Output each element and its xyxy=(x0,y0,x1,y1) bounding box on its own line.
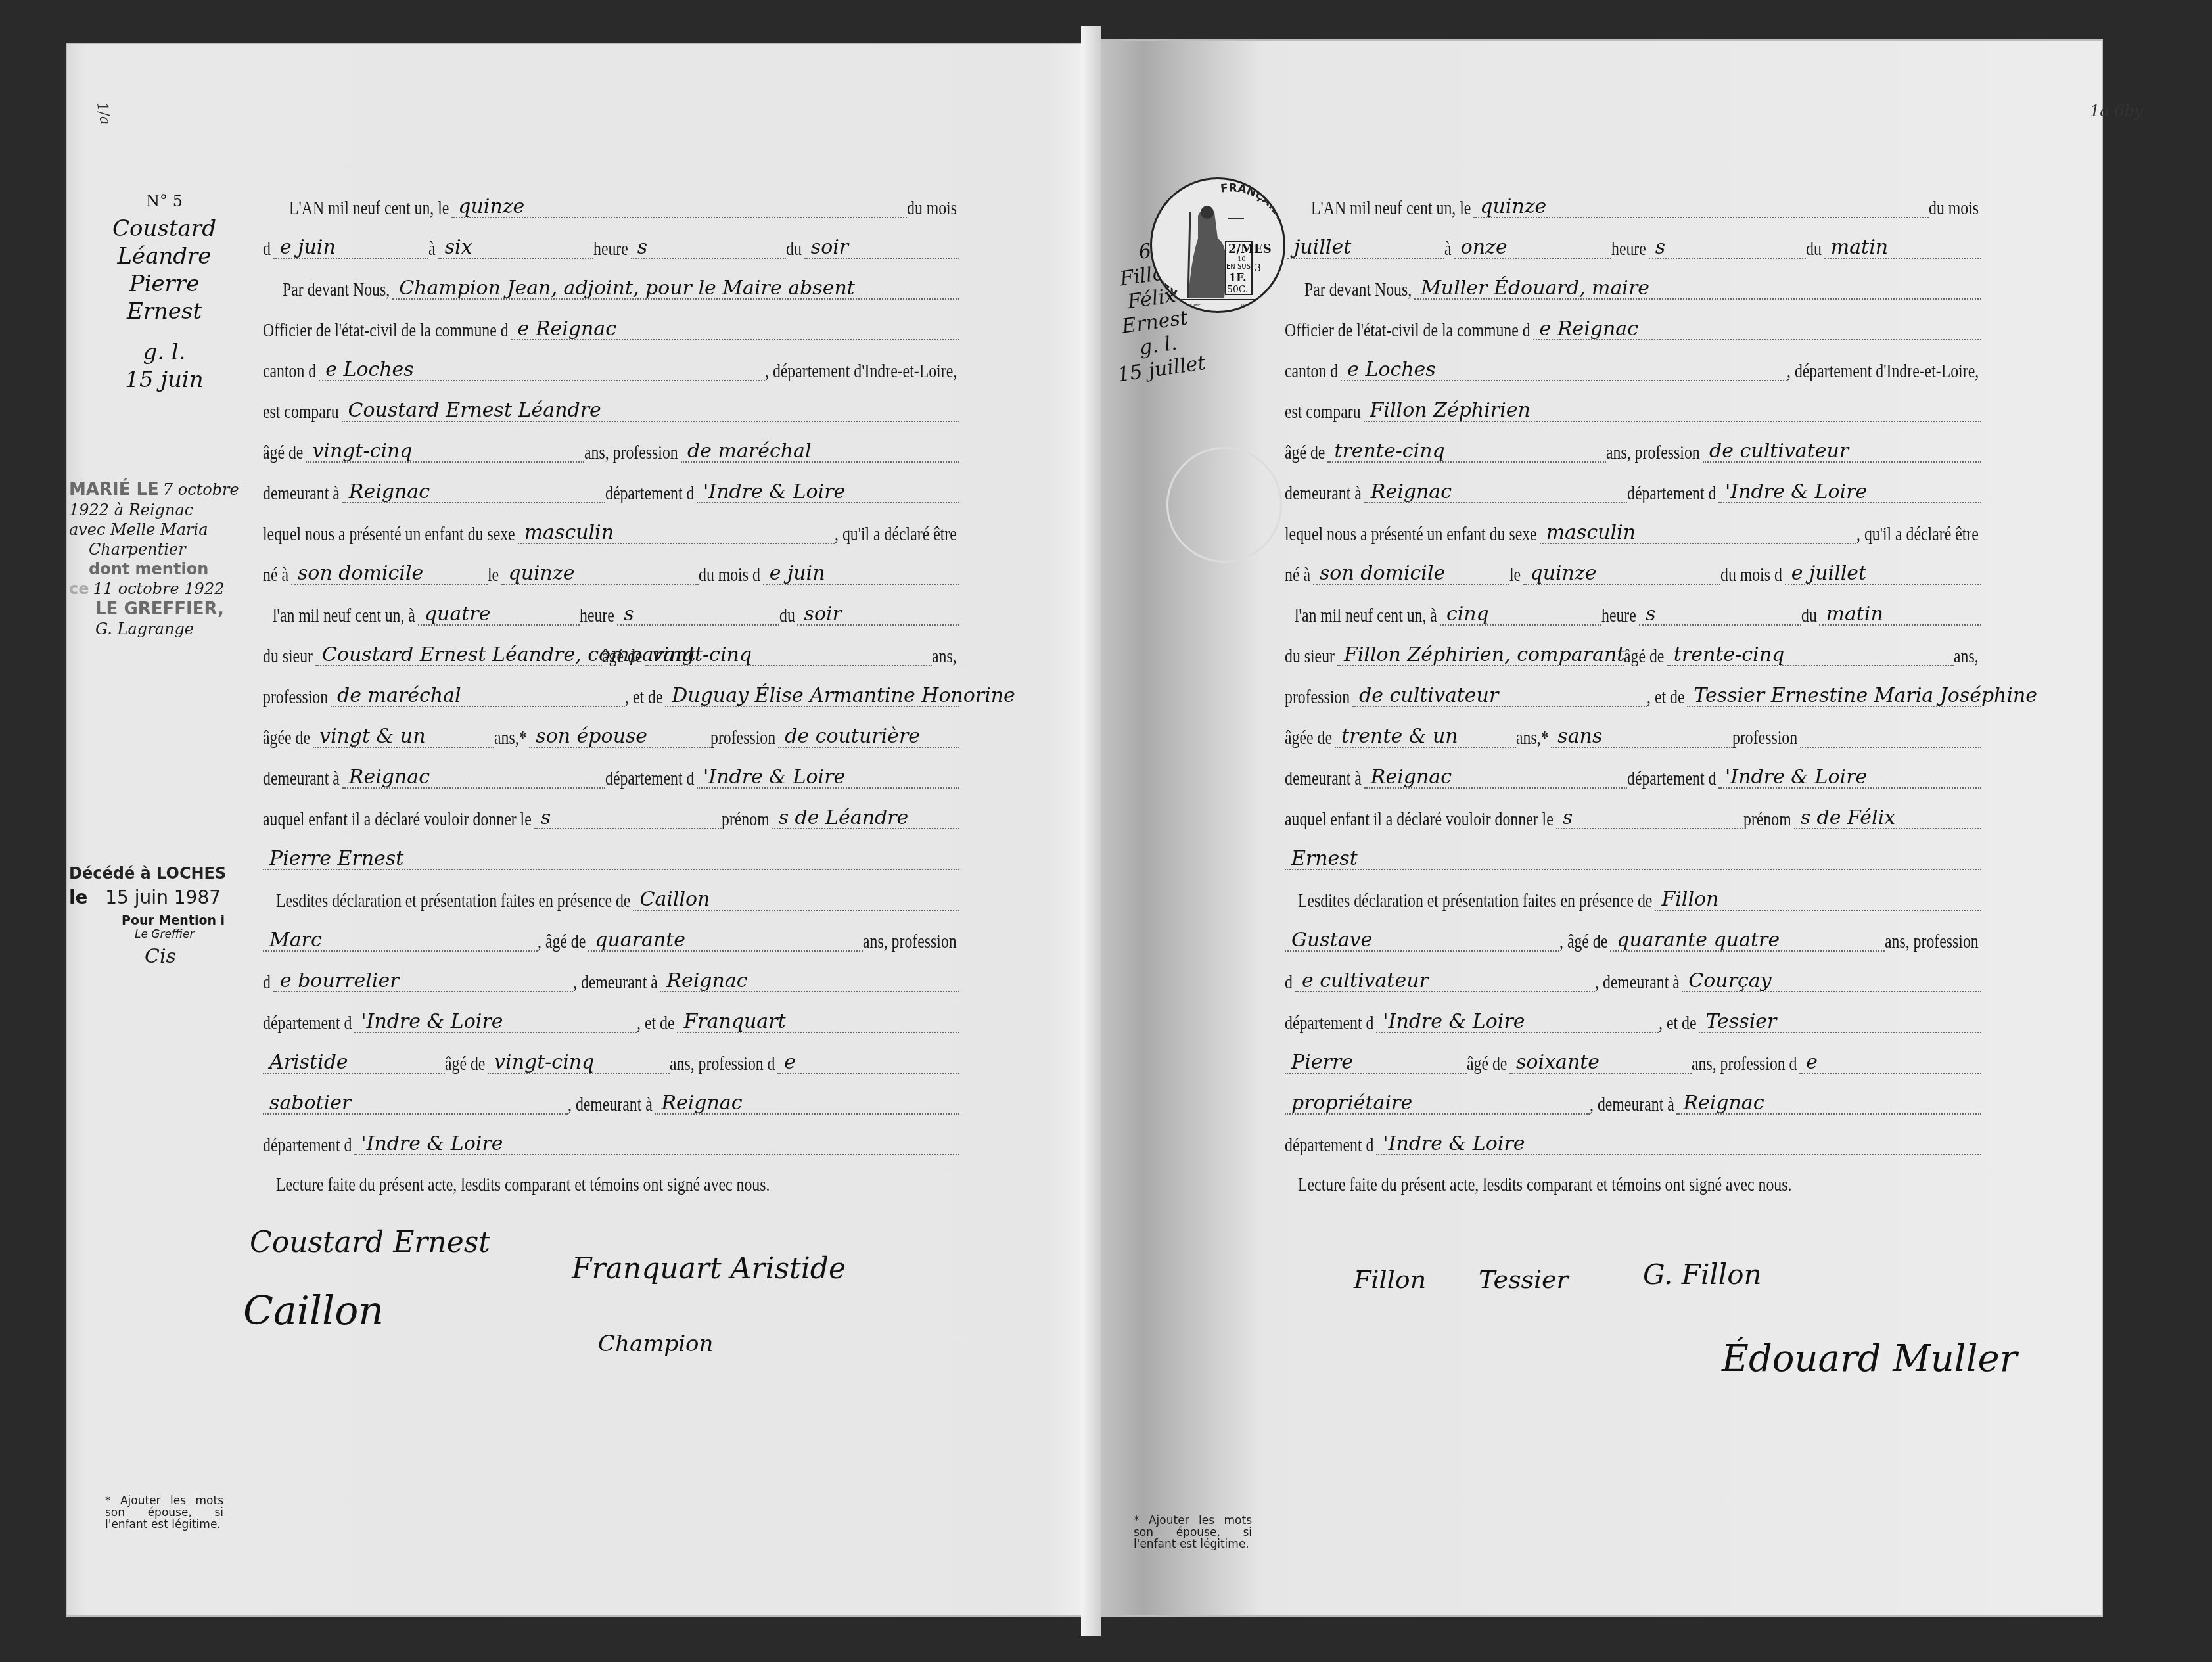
act-line: département d'Indre & Loire xyxy=(263,1134,959,1155)
printed-label: du mois xyxy=(907,198,948,218)
printed-label: demeurant à xyxy=(263,484,326,503)
margin-given-names-2: Ernest xyxy=(79,298,250,325)
printed-label: le xyxy=(1509,565,1519,585)
act-line: est comparuFillon Zéphirien xyxy=(1285,401,1981,422)
act-line: Pierreâgé desoixanteans, profession de xyxy=(1285,1053,1981,1074)
act-line: demeurant àReignacdépartement d'Indre & … xyxy=(263,768,959,789)
handwritten-entry: quinze xyxy=(1473,197,1929,218)
handwritten-entry: s xyxy=(1649,238,1806,259)
fiscal-stamp-seal: RÉPUBLIQUE FRANÇAISE 2/MES 10 EN SUS 1F.… xyxy=(1150,177,1285,313)
printed-label: du xyxy=(1806,239,1818,259)
printed-label: , âgé de xyxy=(538,932,577,952)
printed-label: du mois xyxy=(1929,198,1970,218)
handwritten-entry: Reignac xyxy=(342,768,605,789)
act-line: âgée devingt & unans,*son épouseprofessi… xyxy=(263,727,959,748)
handwritten-entry: quarante quatre xyxy=(1610,931,1885,952)
printed-label: ans, profession d xyxy=(670,1054,756,1074)
handwritten-entry: quinze xyxy=(1523,564,1720,585)
act-line: département d'Indre & Loire, et deTessie… xyxy=(1285,1012,1981,1033)
act-line: Par devant Nous,Champion Jean, adjoint, … xyxy=(283,279,959,300)
handwritten-entry: Fillon Zéphirien, comparant xyxy=(1337,645,1624,666)
printed-label: à xyxy=(428,239,434,259)
printed-label: , demeurant à xyxy=(1590,1095,1659,1115)
signature-witness-1: Caillon xyxy=(243,1288,384,1334)
handwritten-entry: Coustard Ernest Léandre xyxy=(342,401,959,422)
act-line: né àson domicilelequinzedu mois de juill… xyxy=(1285,564,1981,585)
footnote-right: * Ajouter les mots son épouse, si l'enfa… xyxy=(1134,1515,1252,1550)
handwritten-entry: Pierre Ernest xyxy=(263,849,959,870)
handwritten-entry: sabotier xyxy=(263,1094,568,1115)
handwritten-entry: Muller Édouard, maire xyxy=(1414,279,1981,300)
act-line: juilletàonzeheuresdumatin xyxy=(1285,238,1981,259)
printed-label: Par devant Nous, xyxy=(283,280,371,300)
margin-surname: Coustard xyxy=(79,215,250,242)
printed-label: canton d xyxy=(1285,361,1329,381)
death-mention: Pour Mention i xyxy=(69,913,253,928)
handwritten-entry: e cultivateur xyxy=(1295,971,1595,992)
act-line: propriétaire, demeurant àReignac xyxy=(1285,1094,1981,1115)
signature-mayor: Édouard Muller xyxy=(1722,1337,2017,1380)
act-line: L'AN mil neuf cent un, lequinzedu mois xyxy=(1311,197,1981,218)
printed-label: demeurant à xyxy=(1285,484,1348,503)
death-le: le xyxy=(69,887,88,908)
margin-date: 15 juin xyxy=(79,366,250,394)
handwritten-entry: trente-cinq xyxy=(1327,442,1606,463)
printed-label: département d xyxy=(1285,1136,1358,1155)
signature-witness-1: G. Fillon xyxy=(1643,1258,1762,1291)
act-line: Lecture faite du présent acte, lesdits c… xyxy=(276,1175,959,1195)
handwritten-entry: vingt & un xyxy=(313,727,494,748)
printed-label: ans, xyxy=(1954,647,1974,666)
printed-label: âgée de xyxy=(1285,728,1324,748)
handwritten-entry: Champion Jean, adjoint, pour le Maire ab… xyxy=(392,279,959,300)
handwritten-entry: Tessier Ernestine Maria Joséphine xyxy=(1687,686,1981,707)
printed-label: Officier de l'état-civil de la commune d xyxy=(263,321,464,340)
handwritten-entry: 'Indre & Loire xyxy=(697,482,959,503)
printed-label: né à xyxy=(263,565,284,585)
printed-label: d xyxy=(263,239,269,259)
printed-label: prénom xyxy=(1743,810,1783,829)
printed-label: Par devant Nous, xyxy=(1304,280,1393,300)
handwritten-entry: Duguay Élise Armantine Honorine xyxy=(665,686,959,707)
printed-label: , qu'il a déclaré être xyxy=(1856,524,1956,544)
handwritten-entry: s xyxy=(631,238,786,259)
printed-label: profession xyxy=(1285,687,1338,707)
handwritten-entry: 'Indre & Loire xyxy=(1376,1134,1981,1155)
printed-label: à xyxy=(1444,239,1450,259)
handwritten-entry: quinze xyxy=(451,197,907,218)
printed-label: ans, profession xyxy=(1885,932,1962,952)
printed-label: , demeurant à xyxy=(568,1095,637,1115)
act-line: canton de Loches, département d'Indre-et… xyxy=(1285,360,1981,381)
printed-label: du mois d xyxy=(699,565,749,585)
handwritten-entry: s xyxy=(1639,605,1801,626)
printed-label: âgé de xyxy=(263,443,296,463)
printed-label: ans, profession xyxy=(863,932,940,952)
printed-label: , âgé de xyxy=(1559,932,1599,952)
svg-text:1F.: 1F. xyxy=(1229,271,1246,284)
handwritten-entry: Caillon xyxy=(633,890,959,911)
act-line: demeurant àReignacdépartement d'Indre & … xyxy=(1285,768,1981,789)
printed-label: L'AN mil neuf cent un, le xyxy=(1311,198,1442,218)
handwritten-entry: matin xyxy=(1824,238,1981,259)
handwritten-entry: s xyxy=(617,605,779,626)
svg-text:OUDINE: OUDINE xyxy=(1185,303,1201,308)
signature-witness-2: Franquart Aristide xyxy=(572,1252,846,1285)
printed-label: L'AN mil neuf cent un, le xyxy=(289,198,421,218)
handwritten-entry: e xyxy=(777,1053,959,1074)
svg-text:FRANÇAISE: FRANÇAISE xyxy=(1220,181,1283,224)
handwritten-entry: soixante xyxy=(1509,1053,1692,1074)
handwritten-entry: e juin xyxy=(763,564,959,585)
marriage-spouse-1: avec Melle Maria xyxy=(69,520,260,540)
handwritten-entry: e Loches xyxy=(319,360,765,381)
act-line: l'an mil neuf cent un, àcinqheuresdumati… xyxy=(1295,605,1981,626)
printed-label: ans, profession xyxy=(1606,443,1683,463)
handwritten-entry: six xyxy=(438,238,593,259)
printed-label: ans, xyxy=(932,647,952,666)
printed-label: , département d'Indre-et-Loire, xyxy=(1787,361,1945,381)
handwritten-entry: Reignac xyxy=(1364,482,1627,503)
printed-label: département d xyxy=(1627,769,1700,789)
act-line: sabotier, demeurant àReignac xyxy=(263,1094,959,1115)
act-line: professionde cultivateur, et deTessier E… xyxy=(1285,686,1981,707)
printed-label: est comparu xyxy=(1285,402,1347,422)
handwritten-entry: soir xyxy=(804,238,959,259)
printed-label: , qu'il a déclaré être xyxy=(835,524,934,544)
handwritten-entry: quarante xyxy=(588,931,863,952)
printed-label: ans, profession xyxy=(584,443,661,463)
handwritten-entry: de couturière xyxy=(778,727,959,748)
handwritten-entry: son domicile xyxy=(1313,564,1509,585)
printed-label: âgé de xyxy=(1624,647,1657,666)
act-line: canton de Loches, département d'Indre-et… xyxy=(263,360,959,381)
handwritten-entry: 'Indre & Loire xyxy=(1718,482,1981,503)
mention-prefix: ce xyxy=(69,580,89,598)
act-line: Officier de l'état-civil de la commune d… xyxy=(1285,319,1981,340)
act-line: département d'Indre & Loire, et deFranqu… xyxy=(263,1012,959,1033)
printed-label: , et de xyxy=(1647,687,1678,707)
marriage-stamp: MARIÉ LE xyxy=(69,480,159,499)
act-line: L'AN mil neuf cent un, lequinzedu mois xyxy=(289,197,959,218)
act-line: auquel enfant il a déclaré vouloir donne… xyxy=(1285,808,1981,829)
printed-label: l'an mil neuf cent un, à xyxy=(1295,606,1412,626)
handwritten-entry: de maréchal xyxy=(681,442,959,463)
handwritten-entry: Tessier xyxy=(1699,1012,1981,1033)
handwritten-entry: vingt-cinq xyxy=(645,645,933,666)
printed-label: le xyxy=(488,565,497,585)
act-line: de juinàsixheuresdusoir xyxy=(263,238,959,259)
act-line: demeurant àReignacdépartement d'Indre & … xyxy=(1285,482,1981,503)
handwritten-entry: propriétaire xyxy=(1285,1094,1590,1115)
handwritten-entry: de cultivateur xyxy=(1352,686,1647,707)
act-line: Aristideâgé devingt-cinqans, profession … xyxy=(263,1053,959,1074)
printed-label: département d xyxy=(263,1013,336,1033)
handwritten-entry: 'Indre & Loire xyxy=(354,1012,637,1033)
handwritten-entry: 'Indre & Loire xyxy=(354,1134,959,1155)
handwritten-entry: e juillet xyxy=(1785,564,1981,585)
handwritten-entry: Gustave xyxy=(1285,931,1559,952)
handwritten-entry: de cultivateur xyxy=(1703,442,1981,463)
printed-label: âgé de xyxy=(602,647,635,666)
act-line: professionde maréchal, et deDuguay Élise… xyxy=(263,686,959,707)
margin-ref: g. l. xyxy=(79,338,250,366)
handwritten-entry: masculin xyxy=(518,523,835,544)
printed-label: du xyxy=(1801,606,1814,626)
act-line: âgé detrente-cinqans, professionde culti… xyxy=(1285,442,1981,463)
handwritten-entry: Reignac xyxy=(1364,768,1627,789)
printed-label: âgée de xyxy=(263,728,302,748)
act-line: Gustave, âgé dequarante quatreans, profe… xyxy=(1285,931,1981,952)
printed-label: profession xyxy=(710,728,764,748)
handwritten-entry: e Loches xyxy=(1341,360,1787,381)
printed-label: ans,* xyxy=(1516,728,1543,748)
embossed-seal xyxy=(1166,447,1282,563)
death-greffier-signature: Cis xyxy=(69,945,253,968)
act-line: né àson domicilelequinzedu mois de juin xyxy=(263,564,959,585)
handwritten-entry: Marc xyxy=(263,931,538,952)
handwritten-entry: son domicile xyxy=(291,564,488,585)
printed-label: canton d xyxy=(263,361,307,381)
printed-label: l'an mil neuf cent un, à xyxy=(273,606,390,626)
handwritten-entry: 'Indre & Loire xyxy=(1376,1012,1659,1033)
printed-label: département d xyxy=(1627,484,1700,503)
handwritten-entry xyxy=(1800,747,1981,748)
handwritten-entry: e bourrelier xyxy=(273,971,573,992)
handwritten-entry: e Reignac xyxy=(1533,319,1981,340)
closing-statement: Lecture faite du présent acte, lesdits c… xyxy=(276,1175,681,1195)
handwritten-entry: cinq xyxy=(1440,605,1602,626)
footnote-left: * Ajouter les mots son épouse, si l'enfa… xyxy=(105,1495,223,1531)
printed-label: , demeurant à xyxy=(1595,973,1665,992)
mention-stamp: dont mention xyxy=(69,559,260,579)
handwritten-entry: Aristide xyxy=(263,1053,445,1074)
act-line: demeurant àReignacdépartement d'Indre & … xyxy=(263,482,959,503)
handwritten-entry: s xyxy=(1556,808,1743,829)
printed-label: prénom xyxy=(722,810,761,829)
act-line: est comparuCoustard Ernest Léandre xyxy=(263,401,959,422)
act-line: département d'Indre & Loire xyxy=(1285,1134,1981,1155)
handwritten-entry: masculin xyxy=(1540,523,1857,544)
printed-label: auquel enfant il a déclaré vouloir donne… xyxy=(263,810,483,829)
printed-label: âgé de xyxy=(1285,443,1318,463)
act-line: du sieurCoustard Ernest Léandre, compara… xyxy=(263,645,959,666)
printed-label: heure xyxy=(580,606,608,626)
closing-statement: Lecture faite du présent acte, lesdits c… xyxy=(1298,1175,1703,1195)
mention-date: 11 octobre 1922 xyxy=(93,580,225,598)
printed-label: ans, profession d xyxy=(1692,1054,1778,1074)
signature-father: Fillon xyxy=(1354,1265,1426,1294)
handwritten-entry: e juin xyxy=(273,238,428,259)
act-line: Ernest xyxy=(1285,849,1981,870)
act-line: l'an mil neuf cent un, àquatreheuresduso… xyxy=(273,605,959,626)
act-line: auquel enfant il a déclaré vouloir donne… xyxy=(263,808,959,829)
printed-label: profession xyxy=(1732,728,1786,748)
death-stamp: Décédé à LOCHES xyxy=(69,864,253,883)
svg-text:EN SUS: EN SUS xyxy=(1226,264,1251,271)
printed-label: du mois d xyxy=(1720,565,1771,585)
handwritten-entry: s xyxy=(534,808,722,829)
signature-witness-2: Tessier xyxy=(1479,1265,1569,1294)
death-date: 15 juin 1987 xyxy=(105,887,221,908)
svg-text:3: 3 xyxy=(1255,262,1261,274)
handwritten-entry: Courçay xyxy=(1682,971,1981,992)
handwritten-entry: Reignac xyxy=(1676,1094,1981,1115)
printed-label: profession xyxy=(263,687,316,707)
svg-text:10: 10 xyxy=(1237,256,1246,263)
act-line: Lesdites déclaration et présentation fai… xyxy=(1298,890,1981,911)
handwritten-entry: Reignac xyxy=(655,1094,959,1115)
handwritten-entry: Fillon Zéphirien xyxy=(1364,401,1981,422)
handwritten-entry: juillet xyxy=(1287,238,1444,259)
printed-label: du xyxy=(786,239,798,259)
margin-entry-left: N° 5 Coustard Léandre Pierre Ernest g. l… xyxy=(79,187,250,394)
printed-label: lequel nous a présenté un enfant du sexe xyxy=(1285,524,1492,544)
handwritten-entry: soir xyxy=(797,605,959,626)
handwritten-entry: 'Indre & Loire xyxy=(1718,768,1981,789)
act-line: lequel nous a présenté un enfant du sexe… xyxy=(1285,523,1981,544)
act-line: Officier de l'état-civil de la commune d… xyxy=(263,319,959,340)
printed-label: Officier de l'état-civil de la commune d xyxy=(1285,321,1486,340)
handwritten-entry: vingt-cinq xyxy=(306,442,584,463)
handwritten-entry: quatre xyxy=(418,605,580,626)
death-annotation: Décédé à LOCHES le 15 juin 1987 Pour Men… xyxy=(69,864,253,968)
printed-label: lequel nous a présenté un enfant du sexe xyxy=(263,524,470,544)
handwritten-entry: Coustard Ernest Léandre, comparant xyxy=(315,645,603,666)
act-line: Pierre Ernest xyxy=(263,849,959,870)
handwritten-entry: son épouse xyxy=(529,727,710,748)
printed-label: , et de xyxy=(637,1013,668,1033)
handwritten-entry: de maréchal xyxy=(331,686,625,707)
act-line: Par devant Nous,Muller Édouard, maire xyxy=(1304,279,1981,300)
greffier-stamp: LE GREFFIER, xyxy=(69,599,260,619)
handwritten-entry: sans xyxy=(1551,727,1732,748)
handwritten-entry: s de Félix xyxy=(1794,808,1981,829)
handwritten-entry: trente & un xyxy=(1335,727,1516,748)
handwritten-entry: e xyxy=(1799,1053,1981,1074)
printed-label: , et de xyxy=(625,687,656,707)
printed-label: du sieur xyxy=(1285,647,1325,666)
corner-note-right: 1a 6by xyxy=(2090,102,2143,120)
marriage-annotation: MARIÉ LE 7 octobre 1922 à Reignac avec M… xyxy=(69,480,260,639)
handwritten-entry: Franquart xyxy=(677,1012,959,1033)
signature-officer: Champion xyxy=(598,1331,713,1357)
printed-label: Lesdites déclaration et présentation fai… xyxy=(276,891,566,911)
printed-label: ans,* xyxy=(494,728,521,748)
handwritten-entry: matin xyxy=(1819,605,1981,626)
margin-given-names: Léandre Pierre xyxy=(79,242,250,298)
act-line: lequel nous a présenté un enfant du sexe… xyxy=(263,523,959,544)
handwritten-entry: quinze xyxy=(501,564,698,585)
handwritten-entry: e Reignac xyxy=(511,319,959,340)
printed-label: du sieur xyxy=(263,647,304,666)
handwritten-entry: Reignac xyxy=(342,482,605,503)
svg-text:RÉPUBLIQUE: RÉPUBLIQUE xyxy=(1152,222,1180,300)
handwritten-entry: onze xyxy=(1454,238,1611,259)
printed-label: demeurant à xyxy=(263,769,326,789)
printed-label: du xyxy=(779,606,792,626)
printed-label: né à xyxy=(1285,565,1306,585)
printed-label: est comparu xyxy=(263,402,325,422)
handwritten-entry: Fillon xyxy=(1655,890,1981,911)
signature-father: Coustard Ernest xyxy=(250,1226,490,1259)
printed-label: heure xyxy=(1611,239,1640,259)
marriage-spouse-2: Charpentier xyxy=(69,540,260,559)
printed-label: heure xyxy=(1601,606,1630,626)
printed-label: âgé de xyxy=(1467,1054,1500,1074)
svg-text:TASSET: TASSET xyxy=(1240,303,1256,308)
act-number: N° 5 xyxy=(79,187,250,215)
svg-text:50C.: 50C. xyxy=(1227,285,1248,295)
printed-label: département d xyxy=(1285,1013,1358,1033)
act-line: Lesdites déclaration et présentation fai… xyxy=(276,890,959,911)
printed-label: Lesdites déclaration et présentation fai… xyxy=(1298,891,1588,911)
printed-label: auquel enfant il a déclaré vouloir donne… xyxy=(1285,810,1505,829)
printed-label: , demeurant à xyxy=(573,973,643,992)
printed-label: heure xyxy=(593,239,622,259)
printed-label: d xyxy=(263,973,269,992)
death-greffier-label: Le Greffier xyxy=(69,928,253,941)
act-line: du sieurFillon Zéphirien, comparantâgé d… xyxy=(1285,645,1981,666)
act-line: Marc, âgé dequaranteans, profession xyxy=(263,931,959,952)
act-line: Lecture faite du présent acte, lesdits c… xyxy=(1298,1175,1981,1195)
printed-label: d xyxy=(1285,973,1291,992)
printed-label: département d xyxy=(605,769,678,789)
printed-label: âgé de xyxy=(445,1054,478,1074)
printed-label: , et de xyxy=(1659,1013,1690,1033)
printed-label: , département d'Indre-et-Loire, xyxy=(765,361,923,381)
act-line: de bourrelier, demeurant àReignac xyxy=(263,971,959,992)
greffier-signature: G. Lagrange xyxy=(69,619,260,639)
printed-label: département d xyxy=(263,1136,336,1155)
printed-label: département d xyxy=(605,484,678,503)
svg-text:2/MES: 2/MES xyxy=(1228,242,1272,256)
handwritten-entry: Pierre xyxy=(1285,1053,1467,1074)
marriage-date: 7 octobre xyxy=(163,480,239,499)
handwritten-entry: vingt-cinq xyxy=(488,1053,670,1074)
act-line: âgé devingt-cinqans, professionde maréch… xyxy=(263,442,959,463)
handwritten-entry: Ernest xyxy=(1285,849,1981,870)
printed-label: demeurant à xyxy=(1285,769,1348,789)
handwritten-entry: 'Indre & Loire xyxy=(697,768,959,789)
marriage-place: 1922 à Reignac xyxy=(69,500,260,520)
act-line: âgée detrente & unans,*sansprofession xyxy=(1285,727,1981,748)
handwritten-entry: s de Léandre xyxy=(772,808,959,829)
handwritten-entry: trente-cinq xyxy=(1667,645,1954,666)
act-line: de cultivateur, demeurant àCourçay xyxy=(1285,971,1981,992)
handwritten-entry: Reignac xyxy=(660,971,959,992)
